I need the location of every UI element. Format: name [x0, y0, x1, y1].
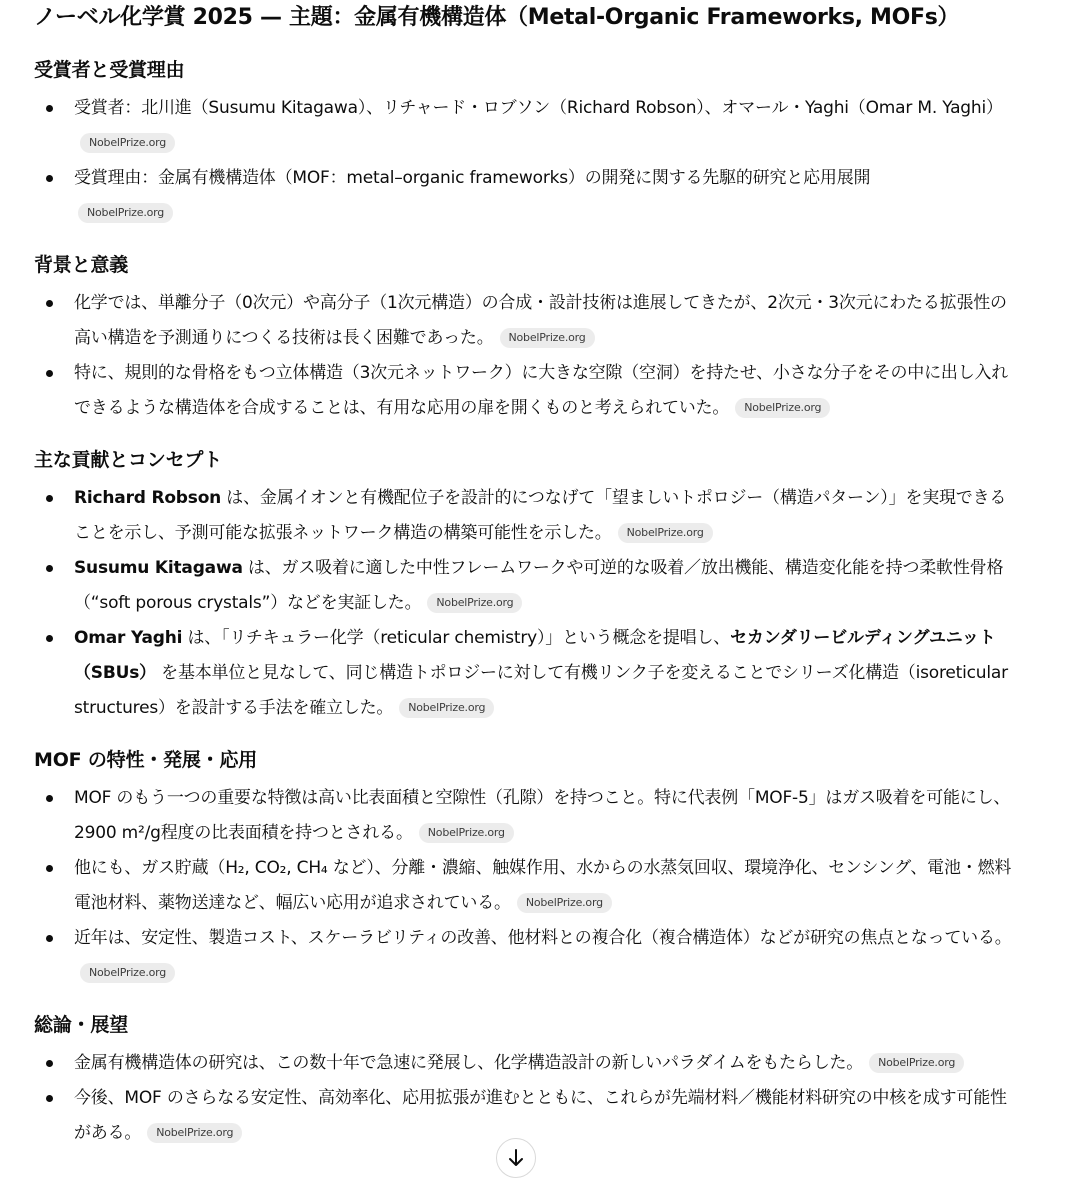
section-awardees: 受賞者と受賞理由 受賞者：北川進（Susumu Kitagawa）、リチャード・… [34, 56, 1014, 231]
list-item: 受賞理由：金属有機構造体（MOF：metal–organic framework… [34, 161, 1014, 231]
list-item: 金属有機構造体の研究は、この数十年で急速に発展し、化学構造設計の新しいパラダイム… [34, 1046, 1014, 1081]
list-item: 近年は、安定性、製造コスト、スケーラビリティの改善、他材料との複合化（複合構造体… [34, 921, 1014, 991]
scroll-to-bottom-button[interactable] [496, 1138, 536, 1178]
source-chip[interactable]: NobelPrize.org [735, 398, 830, 418]
page-title: ノーベル化学賞 2025 — 主題：金属有機構造体（Metal-Organic … [34, 0, 1014, 34]
section-heading: 総論・展望 [34, 1011, 1014, 1039]
source-chip[interactable]: NobelPrize.org [419, 823, 514, 843]
source-chip[interactable]: NobelPrize.org [517, 893, 612, 913]
list-item: 受賞者：北川進（Susumu Kitagawa）、リチャード・ロブソン（Rich… [34, 91, 1014, 161]
arrow-down-icon [507, 1148, 525, 1168]
list-item: Richard Robson は、金属イオンと有機配位子を設計的につなげて「望ま… [34, 481, 1014, 551]
source-chip[interactable]: NobelPrize.org [78, 203, 173, 223]
section-outlook: 総論・展望 金属有機構造体の研究は、この数十年で急速に発展し、化学構造設計の新し… [34, 1011, 1014, 1151]
source-chip[interactable]: NobelPrize.org [618, 523, 713, 543]
source-chip[interactable]: NobelPrize.org [80, 133, 175, 153]
source-chip[interactable]: NobelPrize.org [427, 593, 522, 613]
document: ノーベル化学賞 2025 — 主題：金属有機構造体（Metal-Organic … [34, 0, 1014, 1151]
section-heading: 主な貢献とコンセプト [34, 446, 1014, 474]
section-contributions: 主な貢献とコンセプト Richard Robson は、金属イオンと有機配位子を… [34, 446, 1014, 726]
list-item: Omar Yaghi は、「リチキュラー化学（reticular chemist… [34, 621, 1014, 726]
section-heading: MOF の特性・発展・応用 [34, 746, 1014, 774]
list-item: Susumu Kitagawa は、ガス吸着に適した中性フレームワークや可逆的な… [34, 551, 1014, 621]
list-item: 特に、規則的な骨格をもつ立体構造（3次元ネットワーク）に大きな空隙（空洞）を持た… [34, 356, 1014, 426]
list-item: 他にも、ガス貯蔵（H₂, CO₂, CH₄ など）、分離・濃縮、触媒作用、水から… [34, 851, 1014, 921]
section-background: 背景と意義 化学では、単離分子（0次元）や高分子（1次元構造）の合成・設計技術は… [34, 251, 1014, 426]
section-heading: 受賞者と受賞理由 [34, 56, 1014, 84]
source-chip[interactable]: NobelPrize.org [147, 1123, 242, 1143]
source-chip[interactable]: NobelPrize.org [399, 698, 494, 718]
section-properties: MOF の特性・発展・応用 MOF のもう一つの重要な特徴は高い比表面積と空隙性… [34, 746, 1014, 991]
source-chip[interactable]: NobelPrize.org [869, 1053, 964, 1073]
list-item: 化学では、単離分子（0次元）や高分子（1次元構造）の合成・設計技術は進展してきた… [34, 286, 1014, 356]
section-heading: 背景と意義 [34, 251, 1014, 279]
source-chip[interactable]: NobelPrize.org [500, 328, 595, 348]
source-chip[interactable]: NobelPrize.org [80, 963, 175, 983]
list-item: MOF のもう一つの重要な特徴は高い比表面積と空隙性（孔隙）を持つこと。特に代表… [34, 781, 1014, 851]
